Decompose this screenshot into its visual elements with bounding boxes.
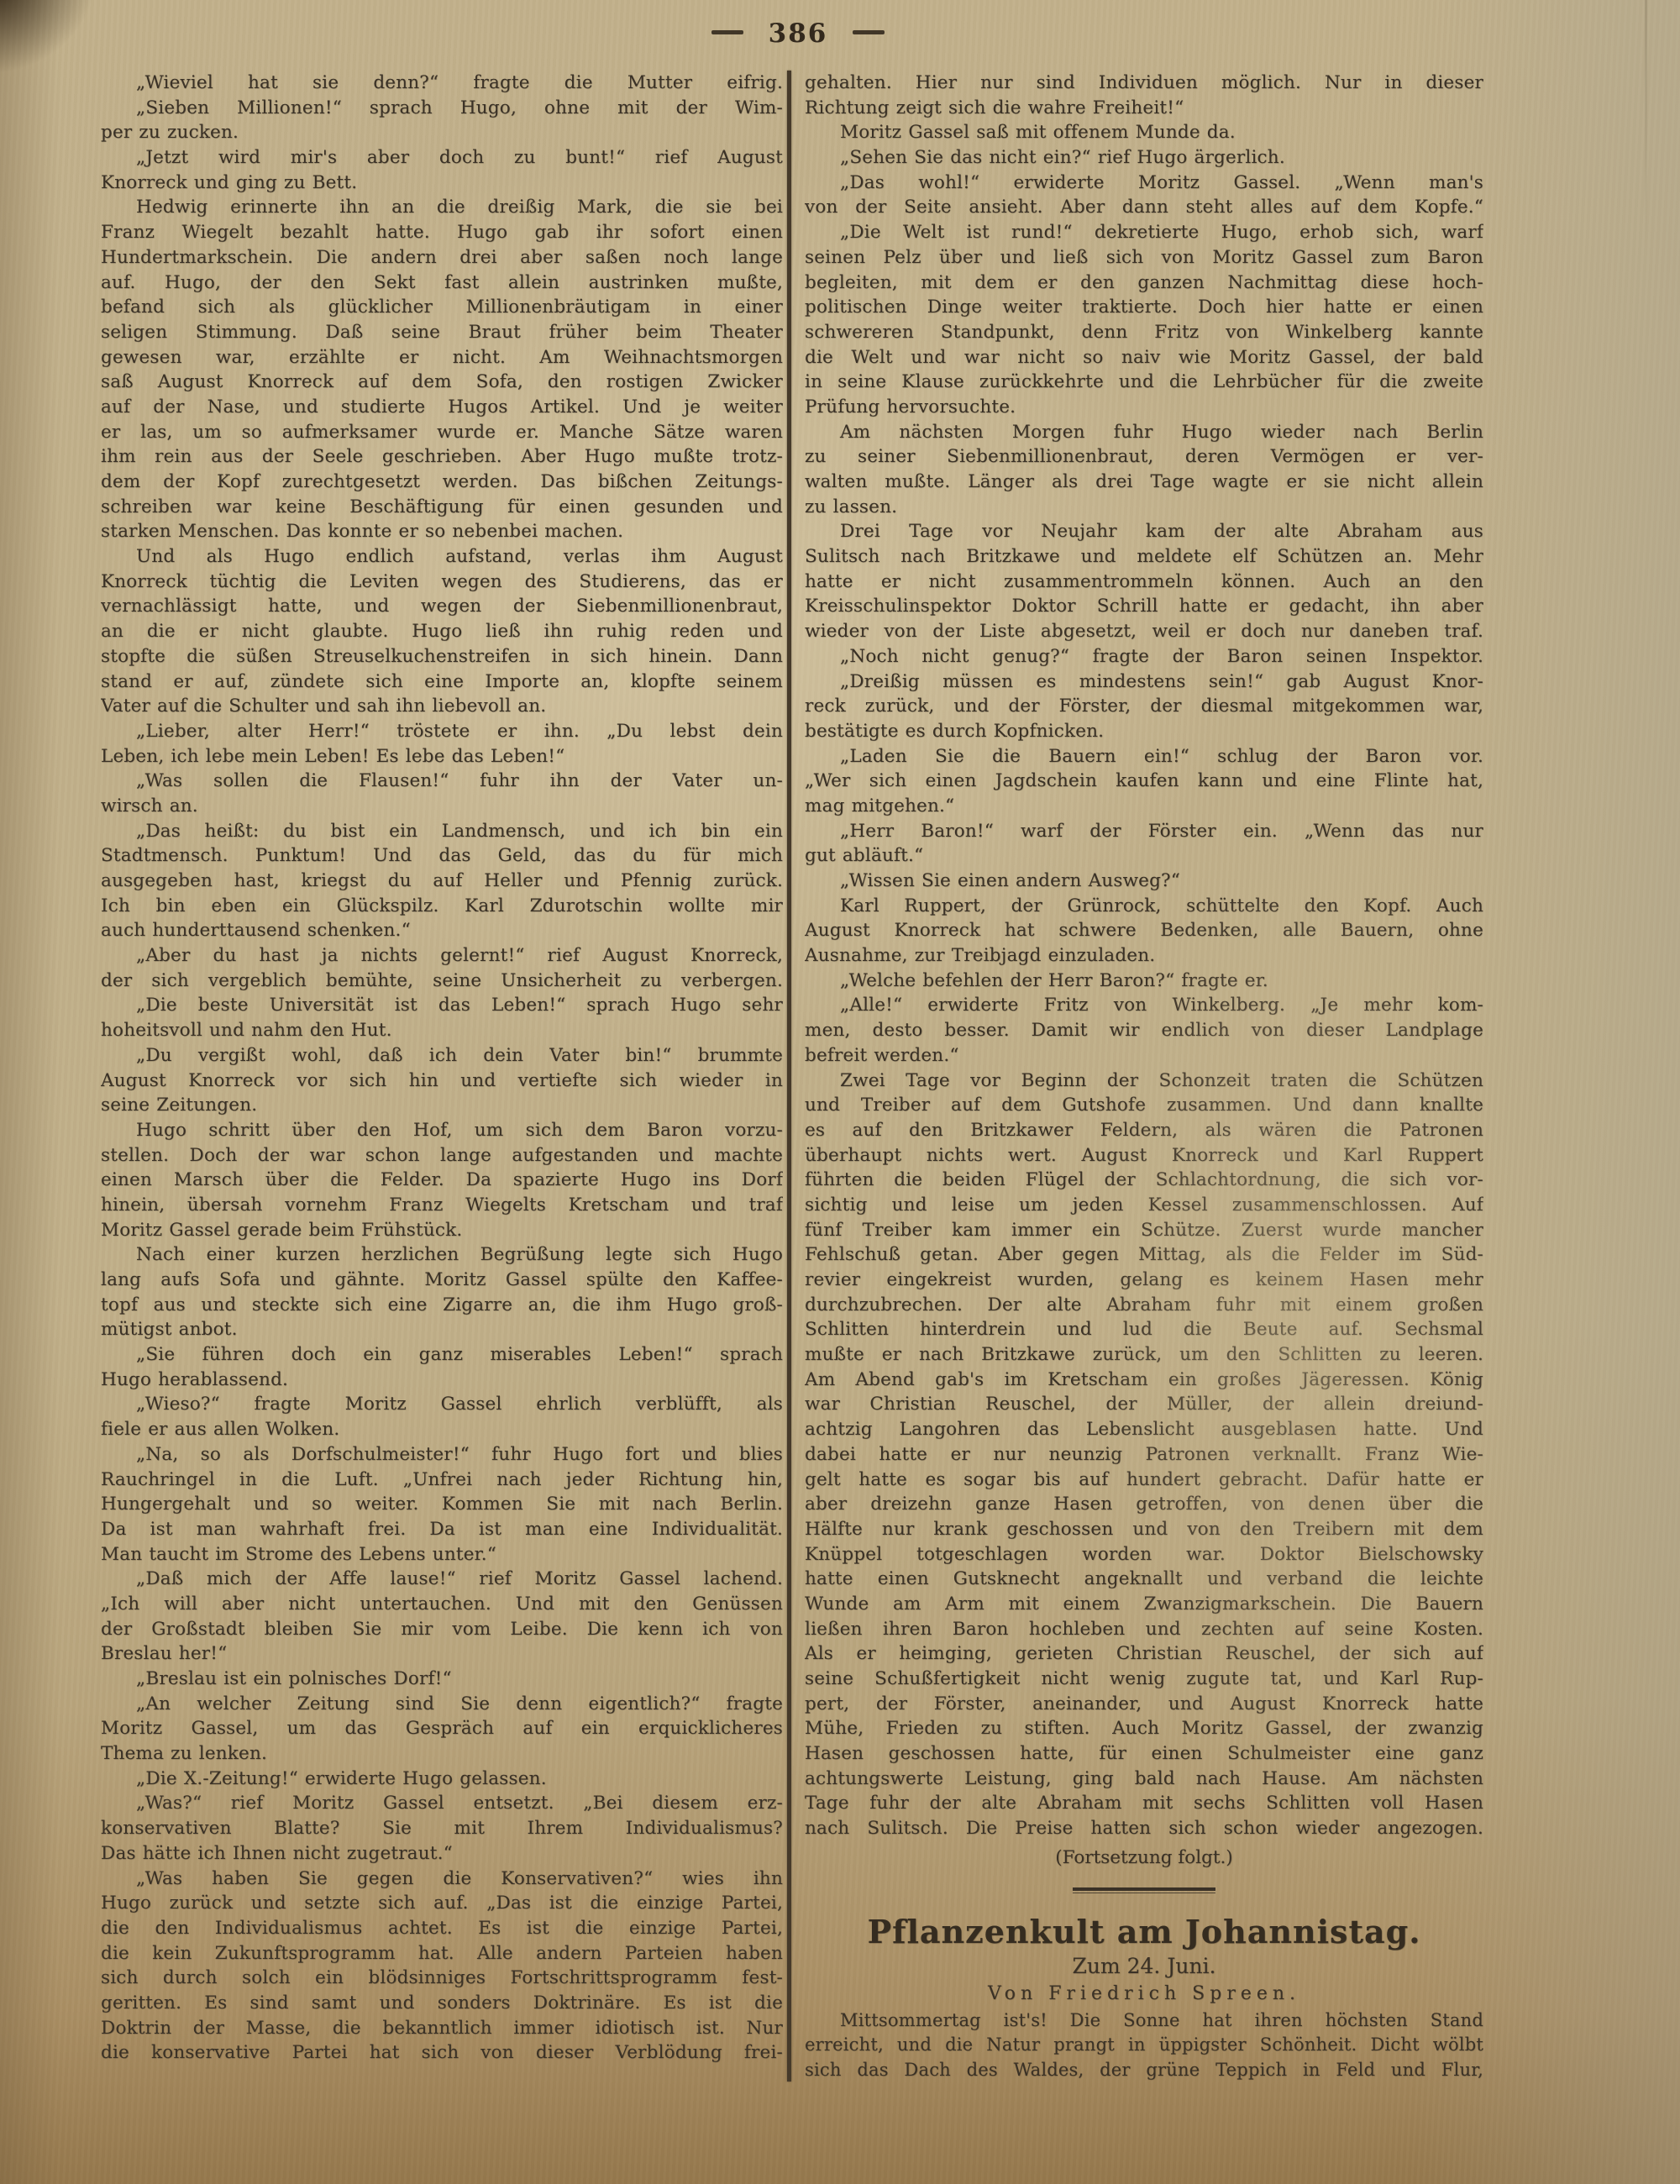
text-line: ließen ihren Baron hochleben und zechten…	[805, 1617, 1483, 1642]
text-line: und Treiber auf dem Gutshofe zusammen. U…	[805, 1093, 1483, 1118]
text-line: Am Abend gab's im Kretscham ein großes J…	[805, 1368, 1483, 1393]
text-line: wieder von der Liste abgesetzt, weil er …	[805, 619, 1483, 644]
text-line: Hedwig erinnerte ihn an die dreißig Mark…	[101, 195, 783, 220]
text-line: Knorreck und ging zu Bett.	[101, 171, 783, 196]
text-line: „Alle!“ erwiderte Fritz von Winkelberg. …	[805, 993, 1483, 1018]
right-column: gehalten. Hier nur sind Individuen mögli…	[805, 71, 1483, 2083]
text-line: achtungswerte Leistung, ging bald nach H…	[805, 1767, 1483, 1792]
text-line: Hungergehalt und so weiter. Kommen Sie m…	[101, 1492, 783, 1517]
article-subtitle: Zum 24. Juni.	[805, 1952, 1483, 1980]
text-line: überhaupt nichts wert. August Knorreck u…	[805, 1143, 1483, 1168]
text-line: men, desto besser. Damit wir endlich von…	[805, 1018, 1483, 1043]
text-line: ausgegeben hast, kriegst du auf Heller u…	[101, 869, 783, 894]
text-line: die Welt und war nicht so naiv wie Morit…	[805, 345, 1483, 370]
rule-thick-bar	[1073, 1887, 1215, 1891]
text-line: „An welcher Zeitung sind Sie denn eigent…	[101, 1692, 783, 1717]
text-line: fünf Treiber kam immer ein Schütze. Zuer…	[805, 1218, 1483, 1243]
text-line: schwereren Standpunkt, denn Fritz von Wi…	[805, 320, 1483, 345]
text-line: an die er nicht glaubte. Hugo ließ ihn r…	[101, 619, 783, 644]
text-line: „Sieben Millionen!“ sprach Hugo, ohne mi…	[101, 96, 783, 121]
text-line: stellen. Doch der war schon lange aufges…	[101, 1143, 783, 1168]
text-line: „Lieber, alter Herr!“ tröstete er ihn. „…	[101, 719, 783, 744]
text-line: befreit werden.“	[805, 1043, 1483, 1068]
text-line: Kreisschulinspektor Doktor Schrill hatte…	[805, 594, 1483, 619]
text-line: befand sich als glücklicher Millionenbrä…	[101, 295, 783, 320]
text-line: führten die beiden Flügel der Schlachtor…	[805, 1168, 1483, 1193]
text-line: begleiten, mit dem er den ganzen Nachmit…	[805, 270, 1483, 296]
text-line: „Sehen Sie das nicht ein?“ rief Hugo ärg…	[805, 145, 1483, 171]
text-line: „Aber du hast ja nichts gelernt!“ rief A…	[101, 943, 783, 969]
text-line: Hälfte nur krank geschossen und von den …	[805, 1517, 1483, 1542]
text-line: bestätigte es durch Kopfnicken.	[805, 719, 1483, 744]
text-line: fiele er aus allen Wolken.	[101, 1417, 783, 1442]
text-line: nach Sulitsch. Die Preise hatten sich sc…	[805, 1816, 1483, 1841]
text-line: dem der Kopf zurechtgesetzt werden. Das …	[101, 470, 783, 495]
text-line: stopfte die süßen Streuselkuchenstreifen…	[101, 644, 783, 669]
left-column: „Wieviel hat sie denn?“ fragte die Mutte…	[101, 71, 783, 2066]
text-line: „Wieso?“ fragte Moritz Gassel ehrlich ve…	[101, 1392, 783, 1417]
text-line: Hasen geschossen hatte, für einen Schulm…	[805, 1741, 1483, 1767]
text-line: Nach einer kurzen herzlichen Begrüßung l…	[101, 1242, 783, 1268]
text-line: „Laden Sie die Bauern ein!“ schlug der B…	[805, 744, 1483, 769]
text-line: „Sie führen doch ein ganz miserables Leb…	[101, 1342, 783, 1368]
text-line: stand er auf, zündete sich eine Importe …	[101, 669, 783, 695]
text-line: seinen Pelz über und ließ sich von Morit…	[805, 245, 1483, 270]
text-line: achtzig Langohren das Lebenslicht ausgeb…	[805, 1417, 1483, 1442]
text-line: Als er heimging, gerieten Christian Reus…	[805, 1641, 1483, 1667]
text-line: Am nächsten Morgen fuhr Hugo wieder nach…	[805, 420, 1483, 445]
text-line: „Wer sich einen Jagdschein kaufen kann u…	[805, 769, 1483, 794]
text-line: per zu zucken.	[101, 120, 783, 145]
section-divider-rule	[1073, 1887, 1215, 1893]
text-line: Hugo schritt über den Hof, um sich dem B…	[101, 1118, 783, 1143]
text-line: hatte einen Gutsknecht angeknallt und ve…	[805, 1567, 1483, 1592]
text-line: „Die X.-Zeitung!“ erwiderte Hugo gelasse…	[101, 1767, 783, 1792]
text-line: Knorreck tüchtig die Leviten wegen des S…	[101, 570, 783, 595]
text-line: Prüfung hervorsuchte.	[805, 395, 1483, 420]
text-line: zu lassen.	[805, 495, 1483, 520]
text-line: lang aufs Sofa und gähnte. Moritz Gassel…	[101, 1268, 783, 1293]
text-line: Knüppel totgeschlagen worden war. Doktor…	[805, 1542, 1483, 1567]
text-line: walten mußte. Länger als drei Tage wagte…	[805, 470, 1483, 495]
text-line: „Das heißt: du bist ein Landmensch, und …	[101, 819, 783, 844]
text-line: sich das Dach des Waldes, der grüne Tepp…	[805, 2058, 1483, 2083]
text-line: gut abläuft.“	[805, 843, 1483, 869]
book-page: 386 „Wieviel hat sie denn?“ fragte die M…	[0, 0, 1680, 2184]
header-dash-right-icon	[853, 30, 885, 34]
page-number: 386	[769, 18, 828, 49]
text-line: einen Marsch über die Felder. Da spazier…	[101, 1168, 783, 1193]
article-byline: Von Friedrich Spreen.	[805, 1980, 1483, 2008]
text-line: Hugo zurück und setzte sich auf. „Das is…	[101, 1891, 783, 1916]
text-line: mag mitgehen.“	[805, 794, 1483, 819]
text-line: „Ich will aber nicht untertauchen. Und m…	[101, 1592, 783, 1617]
text-line: Mühe, Frieden zu stiften. Auch Moritz Ga…	[805, 1716, 1483, 1741]
text-line: mußte er nach Britzkawe zurück, um den S…	[805, 1342, 1483, 1368]
text-line: sichtig und leise um jeden Kessel zusamm…	[805, 1193, 1483, 1218]
story-text: gehalten. Hier nur sind Individuen mögli…	[805, 71, 1483, 1841]
text-line: gewesen war, erzählte er nicht. Am Weihn…	[101, 345, 783, 370]
text-line: Tage fuhr der alte Abraham mit sechs Sch…	[805, 1791, 1483, 1816]
text-line: „Was haben Sie gegen die Konservativen?“…	[101, 1866, 783, 1892]
text-line: Moritz Gassel saß mit offenem Munde da.	[805, 120, 1483, 145]
text-line: Wunde am Arm mit einem Zwanzigmarkschein…	[805, 1592, 1483, 1617]
article-title: Pflanzenkult am Johannistag.	[805, 1912, 1483, 1952]
text-line: reck zurück, und der Förster, der diesma…	[805, 694, 1483, 719]
text-line: pert, der Förster, aneinander, und Augus…	[805, 1692, 1483, 1717]
text-line: Moritz Gassel, um das Gespräch auf ein e…	[101, 1716, 783, 1741]
text-line: seine Schußfertigkeit nicht wenig zugute…	[805, 1667, 1483, 1692]
column-divider	[787, 71, 791, 2082]
text-line: Man taucht im Strome des Lebens unter.“	[101, 1542, 783, 1567]
continuation-note: (Fortsetzung folgt.)	[805, 1845, 1483, 1871]
text-line: „Wissen Sie einen andern Ausweg?“	[805, 869, 1483, 894]
text-line: durchzubrechen. Der alte Abraham fuhr mi…	[805, 1293, 1483, 1318]
text-line: Und als Hugo endlich aufstand, verlas ih…	[101, 544, 783, 570]
text-line: Schlitten hinterdrein und lud die Beute …	[805, 1317, 1483, 1342]
page-header: 386	[0, 18, 1596, 49]
text-line: seine Zeitungen.	[101, 1093, 783, 1118]
text-line: gelt hatte es sogar bis auf hundert gebr…	[805, 1467, 1483, 1493]
text-line: konservativen Blatte? Sie mit Ihrem Indi…	[101, 1816, 783, 1841]
text-line: „Herr Baron!“ warf der Förster ein. „Wen…	[805, 819, 1483, 844]
text-line: revier eingekreist wurden, gelang es kei…	[805, 1268, 1483, 1293]
text-line: August Knorreck hat schwere Bedenken, al…	[805, 918, 1483, 943]
text-line: Hundertmarkschein. Die andern drei aber …	[101, 245, 783, 270]
text-line: gehalten. Hier nur sind Individuen mögli…	[805, 71, 1483, 96]
text-line: in seine Klause zurückkehrte und die Leh…	[805, 370, 1483, 395]
text-line: mütigst anbot.	[101, 1317, 783, 1342]
text-line: topf aus und steckte sich eine Zigarre a…	[101, 1293, 783, 1318]
text-line: auch hunderttausend schenken.“	[101, 918, 783, 943]
text-line: Fehlschuß getan. Aber gegen Mittag, als …	[805, 1242, 1483, 1268]
text-line: „Wieviel hat sie denn?“ fragte die Mutte…	[101, 71, 783, 96]
text-line: zu seiner Siebenmillionenbraut, deren Ve…	[805, 444, 1483, 470]
text-line: wirsch an.	[101, 794, 783, 819]
text-line: „Das wohl!“ erwiderte Moritz Gassel. „We…	[805, 171, 1483, 196]
text-line: „Was?“ rief Moritz Gassel entsetzt. „Bei…	[101, 1791, 783, 1816]
text-line: saß August Knorreck auf dem Sofa, den ro…	[101, 370, 783, 395]
text-line: „Was sollen die Flausen!“ fuhr ihn der V…	[101, 769, 783, 794]
text-line: hoheitsvoll und nahm den Hut.	[101, 1018, 783, 1043]
text-line: hinein, übersah vornehm Franz Wiegelts K…	[101, 1193, 783, 1218]
text-line: Karl Ruppert, der Grünrock, schüttelte d…	[805, 894, 1483, 919]
paper-crease	[1645, 0, 1647, 252]
text-line: erreicht, und die Natur prangt in üppigs…	[805, 2033, 1483, 2058]
text-line: Ausnahme, zur Treibjagd einzuladen.	[805, 943, 1483, 969]
text-line: vernachlässigt hatte, und wegen der Sieb…	[101, 594, 783, 619]
text-line: Rauchringel in die Luft. „Unfrei nach je…	[101, 1467, 783, 1493]
text-line: auf. Hugo, der den Sekt fast allein aust…	[101, 270, 783, 296]
header-dash-left-icon	[711, 30, 743, 34]
text-line: „Du vergißt wohl, daß ich dein Vater bin…	[101, 1043, 783, 1068]
text-line: schreiben war keine Beschäftigung für ei…	[101, 495, 783, 520]
text-line: „Dreißig müssen es mindestens sein!“ gab…	[805, 669, 1483, 695]
article-text: Mittsommertag ist's! Die Sonne hat ihren…	[805, 2008, 1483, 2083]
text-line: sich durch solch ein blödsinniges Fortsc…	[101, 1966, 783, 1991]
text-line: „Breslau ist ein polnisches Dorf!“	[101, 1667, 783, 1692]
rule-thin-bar	[1073, 1893, 1215, 1893]
text-line: Das hätte ich Ihnen nicht zugetraut.“	[101, 1841, 783, 1866]
text-line: Zwei Tage vor Beginn der Schonzeit trate…	[805, 1068, 1483, 1094]
text-line: Stadtmensch. Punktum! Und das Geld, das …	[101, 843, 783, 869]
text-line: August Knorreck vor sich hin und vertief…	[101, 1068, 783, 1094]
text-line: Leben, ich lebe mein Leben! Es lebe das …	[101, 744, 783, 769]
text-line: ihm rein aus der Seele geschrieben. Aber…	[101, 444, 783, 470]
text-line: geritten. Es sind samt und sonders Doktr…	[101, 1991, 783, 2016]
text-line: Franz Wiegelt bezahlt hatte. Hugo gab ih…	[101, 220, 783, 245]
text-line: „Jetzt wird mir's aber doch zu bunt!“ ri…	[101, 145, 783, 171]
text-line: starken Menschen. Das konnte er so neben…	[101, 519, 783, 544]
text-line: politischen Dinge weiter traktierte. Doc…	[805, 295, 1483, 320]
text-line: aber dreizehn ganze Hasen getroffen, von…	[805, 1492, 1483, 1517]
text-line: Vater auf die Schulter und sah ihn liebe…	[101, 694, 783, 719]
text-line: „Noch nicht genug?“ fragte der Baron sei…	[805, 644, 1483, 669]
text-line: der Großstadt bleiben Sie mir vom Leibe.…	[101, 1617, 783, 1642]
text-line: er las, um so aufmerksamer wurde er. Man…	[101, 420, 783, 445]
text-line: die den Individualismus achtet. Es ist d…	[101, 1916, 783, 1941]
text-line: „Die Welt ist rund!“ dekretierte Hugo, e…	[805, 220, 1483, 245]
text-line: Hugo herablassend.	[101, 1368, 783, 1393]
text-line: Sulitsch nach Britzkawe und meldete elf …	[805, 544, 1483, 570]
text-line: die konservative Partei hat sich von die…	[101, 2040, 783, 2066]
text-line: Da ist man wahrhaft frei. Da ist man ein…	[101, 1517, 783, 1542]
text-line: auf der Nase, und studierte Hugos Artike…	[101, 395, 783, 420]
text-line: Drei Tage vor Neujahr kam der alte Abrah…	[805, 519, 1483, 544]
text-line: Doktrin der Masse, die bekanntlich immer…	[101, 2016, 783, 2041]
text-line: hatte er nicht zusammentrommeln können. …	[805, 570, 1483, 595]
text-line: Ich bin eben ein Glückspilz. Karl Zdurot…	[101, 894, 783, 919]
text-line: Thema zu lenken.	[101, 1741, 783, 1767]
text-line: „Die beste Universität ist das Leben!“ s…	[101, 993, 783, 1018]
text-line: „Daß mich der Affe lause!“ rief Moritz G…	[101, 1567, 783, 1592]
text-line: von der Seite ansieht. Aber dann steht a…	[805, 195, 1483, 220]
text-line: Mittsommertag ist's! Die Sonne hat ihren…	[805, 2008, 1483, 2034]
text-line: der sich vergeblich bemühte, seine Unsic…	[101, 969, 783, 994]
text-line: es auf den Britzkawer Feldern, als wären…	[805, 1118, 1483, 1143]
text-line: Moritz Gassel gerade beim Frühstück.	[101, 1218, 783, 1243]
text-line: „Na, so als Dorfschulmeister!“ fuhr Hugo…	[101, 1442, 783, 1467]
text-line: die kein Zukunftsprogramm hat. Alle ande…	[101, 1941, 783, 1966]
text-line: dabei hatte er nur neunzig Patronen verk…	[805, 1442, 1483, 1467]
text-line: seligen Stimmung. Daß seine Braut früher…	[101, 320, 783, 345]
text-line: war Christian Reuschel, der Müller, der …	[805, 1392, 1483, 1417]
text-line: „Welche befehlen der Herr Baron?“ fragte…	[805, 969, 1483, 994]
text-line: Breslau her!“	[101, 1641, 783, 1667]
text-line: Richtung zeigt sich die wahre Freiheit!“	[805, 96, 1483, 121]
